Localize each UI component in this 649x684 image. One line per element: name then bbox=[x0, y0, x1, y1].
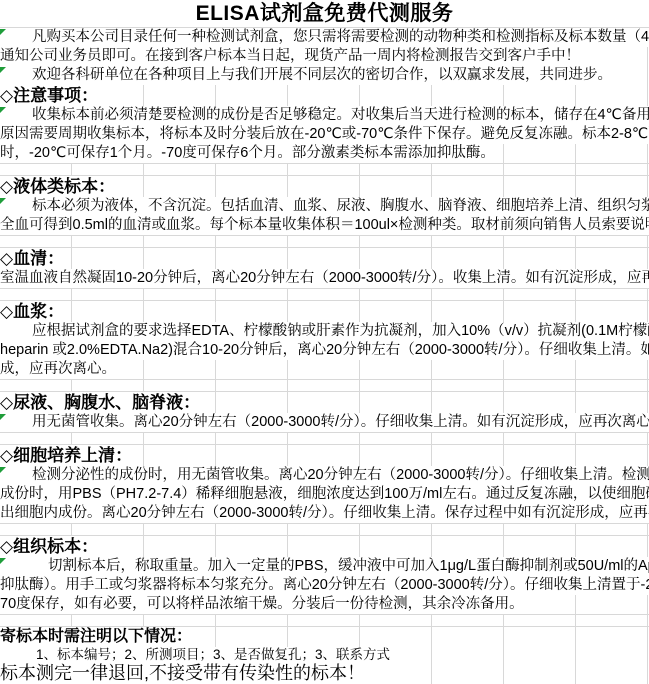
cell-error-indicator-icon bbox=[0, 67, 6, 73]
empty-grid-row bbox=[0, 288, 649, 301]
text-line: 欢迎各科研单位在各种项目上与我们开展不同层次的密切合作，以双赢求发展，共同进步。 bbox=[0, 66, 649, 85]
text-line-content: 出细胞内成份。离心20分钟左右（2000-3000转/分）。仔细收集上清。保存过… bbox=[0, 504, 649, 523]
text-line-content: 室温血液自然凝固10-20分钟后，离心20分钟左右（2000-3000转/分）。… bbox=[0, 269, 649, 288]
section-heading-text: ◇尿液、胸腹水、脑脊液： bbox=[0, 392, 203, 413]
cell-error-indicator-icon bbox=[0, 467, 6, 473]
text-line: 70度保存，如有必要，可以将样品浓缩干燥。分装后一份待检测，其余冷冻备用。 bbox=[0, 595, 649, 614]
elisa-service-sheet: ELISA试剂盒免费代测服务 凡购买本公司目录任何一种检测试剂盒，您只需将需要检… bbox=[0, 0, 649, 684]
text-line: 时，-20℃可保存1个月。-70度可保存6个月。部分激素类标本需添加抑肽酶。 bbox=[0, 144, 649, 163]
section-heading: ◇注意事项： bbox=[0, 85, 649, 106]
section-heading: ◇液体类标本： bbox=[0, 176, 649, 197]
document-title: ELISA试剂盒免费代测服务 bbox=[0, 0, 649, 28]
section-heading-text: ◇血清： bbox=[0, 248, 67, 269]
empty-grid-row bbox=[0, 523, 649, 536]
section-heading: ◇血浆： bbox=[0, 301, 649, 322]
shipping-note-heading-text: 寄标本时需注明以下情况： bbox=[0, 627, 195, 647]
cell-error-indicator-icon bbox=[0, 29, 6, 35]
text-line: 标本必须为液体，不含沉淀。包括血清、血浆、尿液、胸腹水、脑脊液、细胞培养上清、组… bbox=[0, 197, 649, 216]
sheet-body: 凡购买本公司目录任何一种检测试剂盒，您只需将需要检测的动物种类和检测指标及标本数… bbox=[0, 28, 649, 627]
text-line: 室温血液自然凝固10-20分钟后，离心20分钟左右（2000-3000转/分）。… bbox=[0, 269, 649, 288]
text-line-content: 欢迎各科研单位在各种项目上与我们开展不同层次的密切合作，以双赢求发展，共同进步。 bbox=[0, 66, 614, 85]
text-line: 全血可得到0.5ml的血清或血浆。每个标本量收集体积＝100ul×检测种类。取材… bbox=[0, 216, 649, 235]
text-line-content: 成份时，用PBS（PH7.2-7.4）稀释细胞悬液，细胞浓度达到100万/ml左… bbox=[0, 485, 649, 504]
text-line: 抑肽酶）。用手工或匀浆器将标本匀浆充分。离心20分钟左右（2000-3000转/… bbox=[0, 576, 649, 595]
text-line-content: 检测分泌性的成份时，用无菌管收集。离心20分钟左右（2000-3000转/分）。… bbox=[0, 466, 649, 485]
text-line-content: 收集标本前必须清楚要检测的成份是否足够稳定。对收集后当天进行检测的标本，储存在4… bbox=[0, 106, 649, 125]
text-line: 通知公司业务员即可。在接到客户标本当日起，现货产品一周内将检测报告交到客户手中！ bbox=[0, 47, 649, 66]
section-heading-text: ◇组织标本： bbox=[0, 536, 101, 557]
cell-error-indicator-icon bbox=[0, 558, 6, 564]
empty-grid-row bbox=[0, 379, 649, 392]
text-line-content: 成，应再次离心。 bbox=[0, 360, 118, 379]
section-heading: ◇细胞培养上清： bbox=[0, 445, 649, 466]
text-line: 凡购买本公司目录任何一种检测试剂盒，您只需将需要检测的动物种类和检测指标及标本数… bbox=[0, 28, 649, 47]
text-line-content: 用无菌管收集。离心20分钟左右（2000-3000转/分）。仔细收集上清。如有沉… bbox=[0, 413, 649, 432]
text-line: 检测分泌性的成份时，用无菌管收集。离心20分钟左右（2000-3000转/分）。… bbox=[0, 466, 649, 485]
text-line: 应根据试剂盒的要求选择EDTA、柠檬酸钠或肝素作为抗凝剂，加入10%（v/v）抗… bbox=[0, 322, 649, 341]
return-warning: 标本测完一律退回,不接受带有传染性的标本！ bbox=[0, 663, 649, 684]
section-heading-text: ◇液体类标本： bbox=[0, 176, 118, 197]
text-line-content: 标本必须为液体，不含沉淀。包括血清、血浆、尿液、胸腹水、脑脊液、细胞培养上清、组… bbox=[0, 197, 649, 216]
text-line-content: 时，-20℃可保存1个月。-70度可保存6个月。部分激素类标本需添加抑肽酶。 bbox=[0, 144, 497, 163]
section-heading-text: ◇细胞培养上清： bbox=[0, 445, 135, 466]
text-line: 用无菌管收集。离心20分钟左右（2000-3000转/分）。仔细收集上清。如有沉… bbox=[0, 413, 649, 432]
text-line-content: 全血可得到0.5ml的血清或血浆。每个标本量收集体积＝100ul×检测种类。取材… bbox=[0, 216, 649, 235]
text-line-content: 抑肽酶）。用手工或匀浆器将标本匀浆充分。离心20分钟左右（2000-3000转/… bbox=[0, 576, 649, 595]
shipping-note-items-text: 1、标本编号；2、所测项目；3、是否做复孔；3、联系方式 bbox=[0, 647, 392, 663]
cell-error-indicator-icon bbox=[0, 107, 6, 113]
cell-error-indicator-icon bbox=[0, 198, 6, 204]
text-line-content: heparin 或2.0%EDTA.Na2)混合10-20分钟后，离心20分钟左… bbox=[0, 341, 649, 360]
text-line: 成，应再次离心。 bbox=[0, 360, 649, 379]
text-line: 收集标本前必须清楚要检测的成份是否足够稳定。对收集后当天进行检测的标本，储存在4… bbox=[0, 106, 649, 125]
empty-grid-row bbox=[0, 432, 649, 445]
text-line: 成份时，用PBS（PH7.2-7.4）稀释细胞悬液，细胞浓度达到100万/ml左… bbox=[0, 485, 649, 504]
cell-error-indicator-icon bbox=[0, 414, 6, 420]
text-line: 出细胞内成份。离心20分钟左右（2000-3000转/分）。仔细收集上清。保存过… bbox=[0, 504, 649, 523]
text-line-content: 70度保存，如有必要，可以将样品浓缩干燥。分装后一份待检测，其余冷冻备用。 bbox=[0, 595, 526, 614]
text-line: 切割标本后，称取重量。加入一定量的PBS，缓冲液中可加入1μg/L蛋白酶抑制剂或… bbox=[0, 557, 649, 576]
section-heading: ◇尿液、胸腹水、脑脊液： bbox=[0, 392, 649, 413]
text-line-content: 通知公司业务员即可。在接到客户标本当日起，现货产品一周内将检测报告交到客户手中！ bbox=[0, 47, 582, 66]
empty-grid-row bbox=[0, 235, 649, 248]
text-line-content: 原因需要周期收集标本，将标本及时分装后放在-20℃或-70℃条件下保存。避免反复… bbox=[0, 125, 649, 144]
shipping-note-heading: 寄标本时需注明以下情况： bbox=[0, 627, 649, 647]
empty-grid-row bbox=[0, 163, 649, 176]
text-line-content: 凡购买本公司目录任何一种检测试剂盒，您只需将需要检测的动物种类和检测指标及标本数… bbox=[0, 28, 649, 47]
empty-grid-row bbox=[0, 614, 649, 627]
section-heading: ◇组织标本： bbox=[0, 536, 649, 557]
return-warning-text: 标本测完一律退回,不接受带有传染性的标本！ bbox=[0, 663, 368, 684]
text-line: 原因需要周期收集标本，将标本及时分装后放在-20℃或-70℃条件下保存。避免反复… bbox=[0, 125, 649, 144]
section-heading: ◇血清： bbox=[0, 248, 649, 269]
text-line-content: 应根据试剂盒的要求选择EDTA、柠檬酸钠或肝素作为抗凝剂，加入10%（v/v）抗… bbox=[0, 322, 649, 341]
section-heading-text: ◇血浆： bbox=[0, 301, 67, 322]
text-line: heparin 或2.0%EDTA.Na2)混合10-20分钟后，离心20分钟左… bbox=[0, 341, 649, 360]
shipping-note-items: 1、标本编号；2、所测项目；3、是否做复孔；3、联系方式 bbox=[0, 647, 649, 663]
section-heading-text: ◇注意事项： bbox=[0, 85, 101, 106]
text-line-content: 切割标本后，称取重量。加入一定量的PBS，缓冲液中可加入1μg/L蛋白酶抑制剂或… bbox=[0, 557, 649, 576]
